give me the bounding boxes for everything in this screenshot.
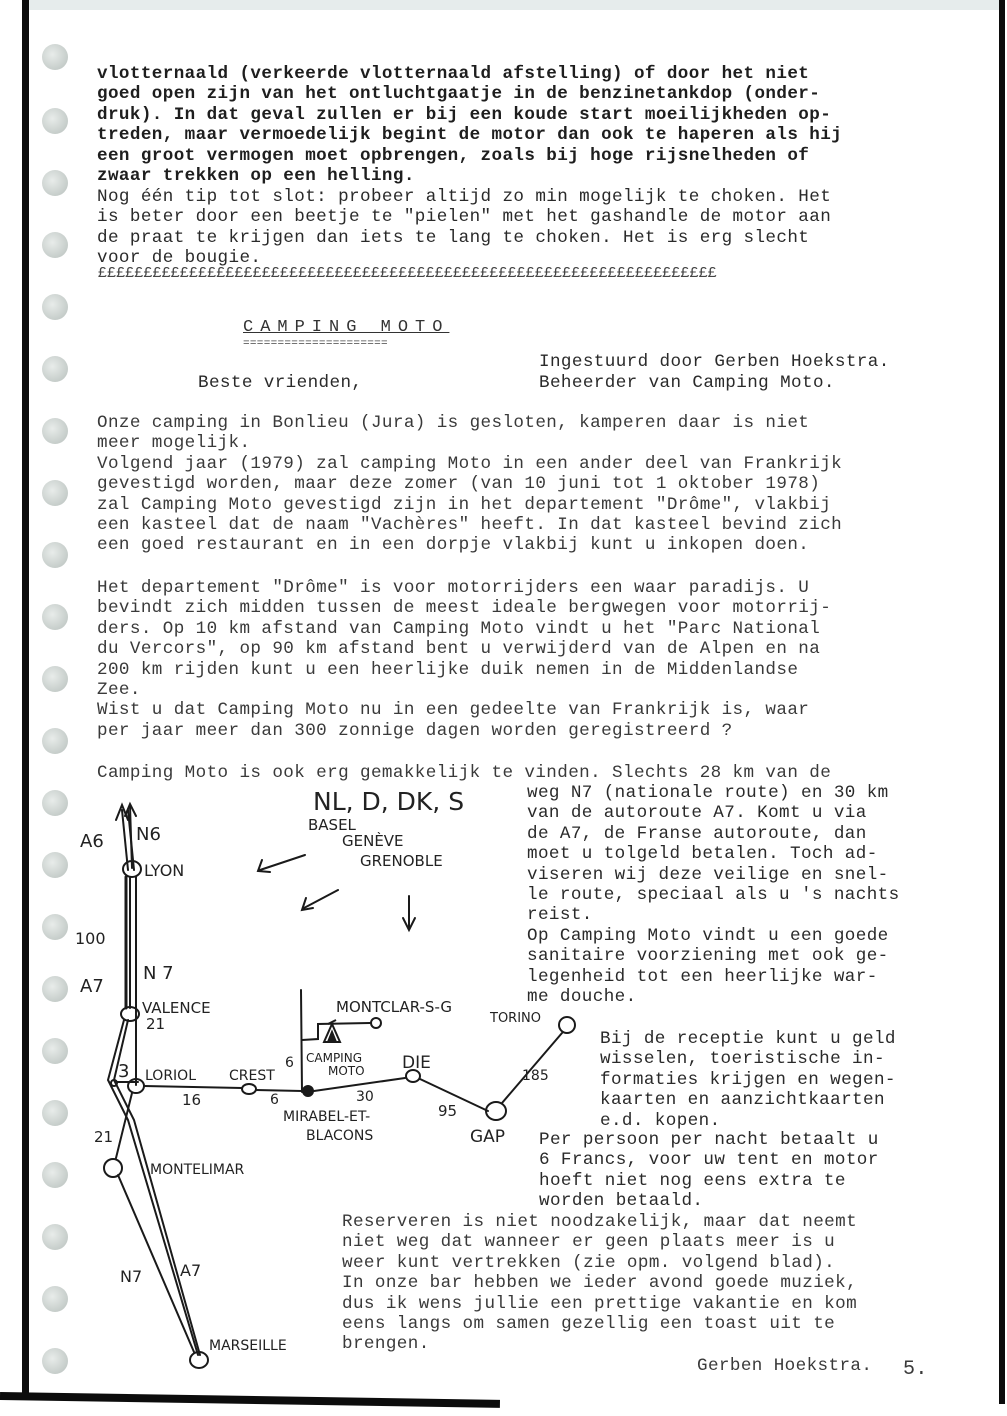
greeting: Beste vrienden, (198, 373, 362, 393)
dist-lyon-valence: 100 (75, 929, 106, 948)
page-left-edge (22, 0, 29, 1395)
place-die: DIE (402, 1053, 431, 1073)
binder-hole (42, 108, 68, 134)
dist-loriol-crest: 16 (182, 1091, 201, 1109)
page-bottom-edge (0, 1392, 500, 1408)
map-origins: NL, D, DK, S (313, 787, 464, 816)
map-dir-grenoble: GRENOBLE (360, 852, 443, 870)
binder-hole (42, 480, 68, 506)
road-n7-top: N 7 (143, 963, 174, 984)
road-a6: A6 (80, 831, 104, 852)
montelimar-marker (104, 1159, 122, 1177)
route-map: NL, D, DK, S BASEL GENÈVE GRENOBLE A6 N6… (70, 780, 590, 1380)
binder-hole (42, 418, 68, 444)
binder-hole (42, 728, 68, 754)
road-a7-top: A7 (80, 976, 104, 997)
dist-montelimar-link: 21 (94, 1128, 113, 1146)
page-right-edge (999, 0, 1005, 1404)
paragraph-drome: Het departement "Drôme" is voor motorrij… (97, 578, 831, 741)
place-marseille: MARSEILLE (209, 1338, 287, 1354)
dist-mirabel-die: 30 (356, 1089, 374, 1105)
binder-hole (42, 852, 68, 878)
place-montelimar: MONTELIMAR (150, 1162, 245, 1178)
place-lyon: LYON (144, 861, 184, 880)
place-mirabel: MIRABEL-ET- (283, 1109, 370, 1125)
dist-camping-spur: 6 (285, 1055, 294, 1071)
binder-hole (42, 914, 68, 940)
author-role: Beheerder van Camping Moto. (539, 373, 835, 393)
article-title: CAMPING MOTO (243, 318, 449, 337)
place-gap: GAP (470, 1127, 505, 1147)
dist-die-gap: 95 (438, 1102, 457, 1120)
signature: Gerben Hoekstra. (697, 1356, 872, 1376)
binder-hole (42, 1100, 68, 1126)
title-underline: ===================== (243, 338, 388, 350)
montclar-marker (371, 1018, 381, 1028)
binder-hole (42, 44, 68, 70)
mirabel-marker (303, 1086, 313, 1096)
binder-hole (42, 976, 68, 1002)
binder-hole (42, 1348, 68, 1374)
intro-paragraph: vlotternaald (verkeerde vlotternaald afs… (97, 64, 842, 186)
road-n6: N6 (136, 824, 161, 845)
dist-valence-exit: 21 (146, 1015, 165, 1033)
torino-marker (559, 1017, 575, 1033)
place-torino: TORINO (489, 1011, 541, 1026)
paragraph-reception: Bij de receptie kunt u geld wisselen, to… (600, 1029, 896, 1131)
binder-hole (42, 1224, 68, 1250)
place-blacons: BLACONS (306, 1128, 373, 1144)
submitted-by: Ingestuurd door Gerben Hoekstra. (539, 352, 890, 372)
map-dir-geneve: GENÈVE (342, 831, 404, 850)
binder-hole (42, 1038, 68, 1064)
page-top-edge (29, 0, 999, 10)
road-n7-bottom: N7 (120, 1267, 142, 1286)
binder-hole (42, 294, 68, 320)
binder-hole (42, 666, 68, 692)
place-montclar: MONTCLAR-S-G (336, 998, 452, 1016)
paragraph-closure: Onze camping in Bonlieu (Jura) is geslot… (97, 413, 842, 556)
page-number: 5. (903, 1360, 928, 1380)
binder-hole (42, 356, 68, 382)
binder-hole (42, 604, 68, 630)
dist-loriol-link: 3 (118, 1061, 129, 1082)
place-loriol: LORIOL (145, 1068, 196, 1084)
dist-crest-mirabel: 6 (270, 1092, 279, 1108)
binder-hole (42, 232, 68, 258)
crest-marker (242, 1084, 256, 1094)
binder-hole (42, 542, 68, 568)
separator-line: ££££££££££££££££££££££££££££££££££££££££… (98, 265, 717, 282)
binder-hole (42, 170, 68, 196)
binder-hole (42, 1162, 68, 1188)
binder-hole (42, 1286, 68, 1312)
road-a7-bottom: A7 (180, 1261, 201, 1280)
place-crest: CREST (229, 1068, 275, 1084)
binder-hole (42, 790, 68, 816)
place-camping-line2: MOTO (328, 1064, 365, 1078)
dist-gap-torino: 185 (522, 1068, 549, 1084)
place-camping-line1: CAMPING (306, 1051, 362, 1065)
tip-paragraph: Nog één tip tot slot: probeer altijd zo … (97, 187, 831, 269)
